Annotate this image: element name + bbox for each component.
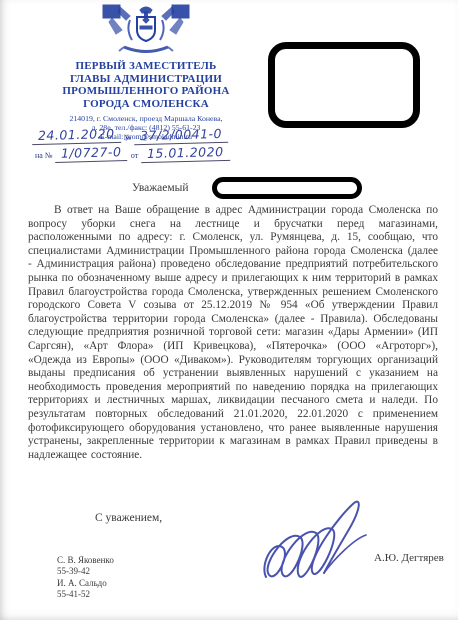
incoming-reference-line: на № 1/0727-0 от 15.01.2020 [32,145,247,162]
number-sign-label: № [121,133,135,144]
executor-contacts: С. В. Яковенко 55-39-42 И. А. Сальдо 55-… [57,555,114,600]
signer-name: А.Ю. Дегтярев [374,552,444,564]
outgoing-number-handwritten: 37/2/0041-0 [134,126,228,145]
regards-text: С уважением, [95,512,162,524]
addressee-redaction-box [268,42,420,128]
reply-from-label: от [128,151,141,162]
letterhead-title-line: ГЛАВЫ АДМИНИСТРАЦИИ [30,73,262,86]
letterhead-title: ПЕРВЫЙ ЗАМЕСТИТЕЛЬ ГЛАВЫ АДМИНИСТРАЦИИ П… [30,60,262,110]
outgoing-reference-line: 24.01.2020 № 37/2/0041-0 [32,127,247,144]
letter-body-paragraph: В ответ на Ваше обращение в адрес Админи… [28,204,438,462]
smolensk-coat-of-arms-icon [100,4,192,56]
incoming-number-handwritten: 1/0727-0 [55,144,128,163]
contact-name: С. В. Яковенко [57,555,114,566]
handwritten-signature [258,495,396,595]
salutation-name-redaction-box [212,177,362,199]
contact-name: И. А. Сальдо [57,578,114,589]
reply-prefix-label: на № [32,151,55,162]
letterhead-title-line: ПЕРВЫЙ ЗАМЕСТИТЕЛЬ [30,60,262,73]
incoming-date-handwritten: 15.01.2020 [141,144,230,163]
scanned-letter-page: ПЕРВЫЙ ЗАМЕСТИТЕЛЬ ГЛАВЫ АДМИНИСТРАЦИИ П… [0,0,458,620]
salutation-text: Уважаемый [132,182,189,194]
reference-block: 24.01.2020 № 37/2/0041-0 на № 1/0727-0 о… [32,127,247,162]
letterhead-title-line: ПРОМЫШЛЕННОГО РАЙОНА [30,85,262,98]
contact-phone: 55-41-52 [57,589,114,600]
letterhead: ПЕРВЫЙ ЗАМЕСТИТЕЛЬ ГЛАВЫ АДМИНИСТРАЦИИ П… [30,4,262,141]
outgoing-date-handwritten: 24.01.2020 [32,126,121,145]
letterhead-address-line: 214019, г. Смоленск, проезд Маршала Коне… [30,114,262,123]
letterhead-title-line: ГОРОДА СМОЛЕНСКА [30,98,262,111]
contact-phone: 55-39-42 [57,566,114,577]
